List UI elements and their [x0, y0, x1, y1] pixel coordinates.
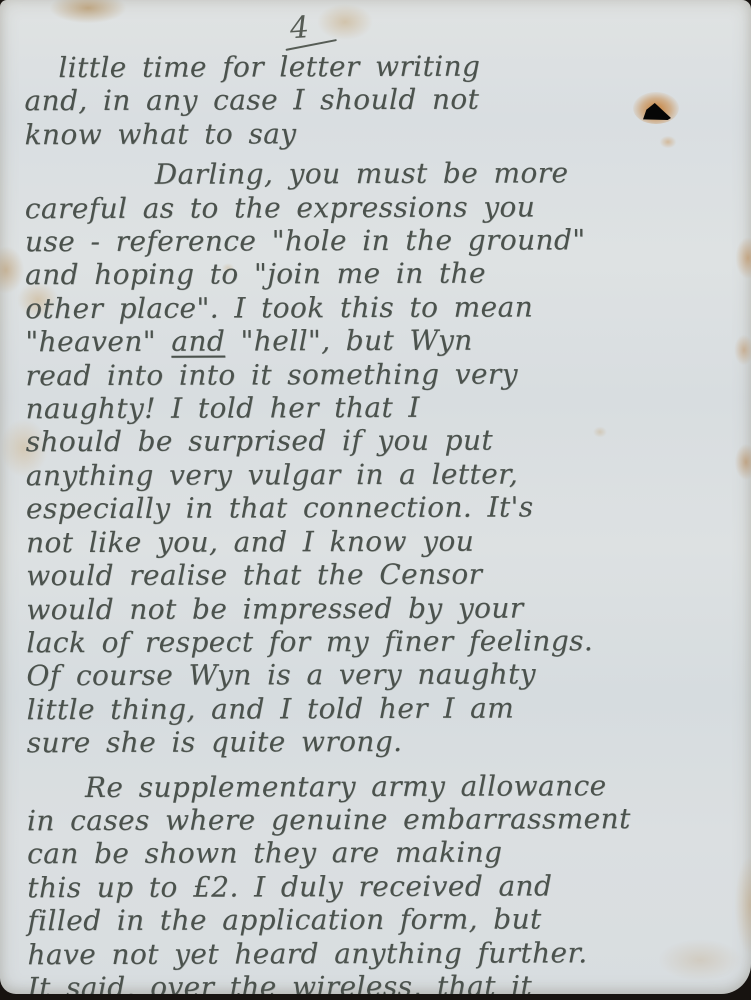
- handwritten-line: sure she is quite wrong.: [27, 724, 738, 760]
- handwritten-line: careful as to the expressions you: [25, 189, 736, 225]
- handwritten-line: in cases where genuine embarrassment: [27, 802, 738, 838]
- page-number-value: 4: [283, 10, 317, 48]
- line-segment: "heaven": [25, 325, 171, 359]
- paragraph-2: Darling, you must be more careful as to …: [25, 156, 738, 760]
- handwritten-line: would realise that the Censor: [26, 557, 737, 593]
- handwritten-line: Re supplementary army allowance: [27, 768, 738, 804]
- handwritten-line: lack of respect for my finer feelings.: [26, 624, 737, 660]
- handwritten-line: can be shown they are making: [27, 835, 738, 871]
- letter-paper: 4 little time for letter writing and, in…: [0, 0, 751, 994]
- handwritten-line: know what to say: [25, 116, 736, 152]
- handwritten-line-heaven-hell: "heaven" and "hell", but Wyn: [25, 323, 736, 359]
- handwritten-line: Of course Wyn is a very naughty: [26, 657, 737, 693]
- handwritten-line: and hoping to "join me in the: [25, 256, 736, 292]
- handwritten-line: naughty! I told her that I: [26, 390, 737, 426]
- handwritten-line: anything very vulgar in a letter,: [26, 457, 737, 493]
- handwritten-line: Darling, you must be more: [25, 156, 736, 192]
- handwritten-line: not like you, and I know you: [26, 523, 737, 559]
- line-segment: "hell", but Wyn: [225, 324, 473, 358]
- handwritten-line: It said, over the wireless, that it: [28, 969, 739, 994]
- handwritten-line: read into into it something very: [25, 356, 736, 392]
- photographed-letter-page: { "letter": { "page_number": "4", "ink_c…: [0, 0, 751, 1000]
- handwritten-line: other place". I took this to mean: [25, 290, 736, 326]
- handwritten-line: and, in any case I should not: [24, 82, 735, 118]
- paragraph-1: little time for letter writing and, in a…: [24, 49, 735, 152]
- handwritten-line: should be surprised if you put: [26, 423, 737, 459]
- page-number: 4: [283, 8, 337, 48]
- handwritten-line: especially in that connection. It's: [26, 490, 737, 526]
- letter-body: little time for letter writing and, in a…: [24, 49, 738, 994]
- handwritten-line: little time for letter writing: [24, 49, 735, 85]
- paragraph-3: Re supplementary army allowance in cases…: [27, 768, 739, 994]
- handwritten-line: little thing, and I told her I am: [27, 690, 738, 726]
- handwritten-line: would not be impressed by your: [26, 590, 737, 626]
- handwritten-line: this up to £2. I duly received and: [27, 869, 738, 905]
- underlined-word: and: [171, 325, 225, 358]
- handwritten-line: have not yet heard anything further.: [27, 935, 738, 971]
- handwritten-line: use - reference "hole in the ground": [25, 223, 736, 259]
- handwritten-line: filled in the application form, but: [27, 902, 738, 938]
